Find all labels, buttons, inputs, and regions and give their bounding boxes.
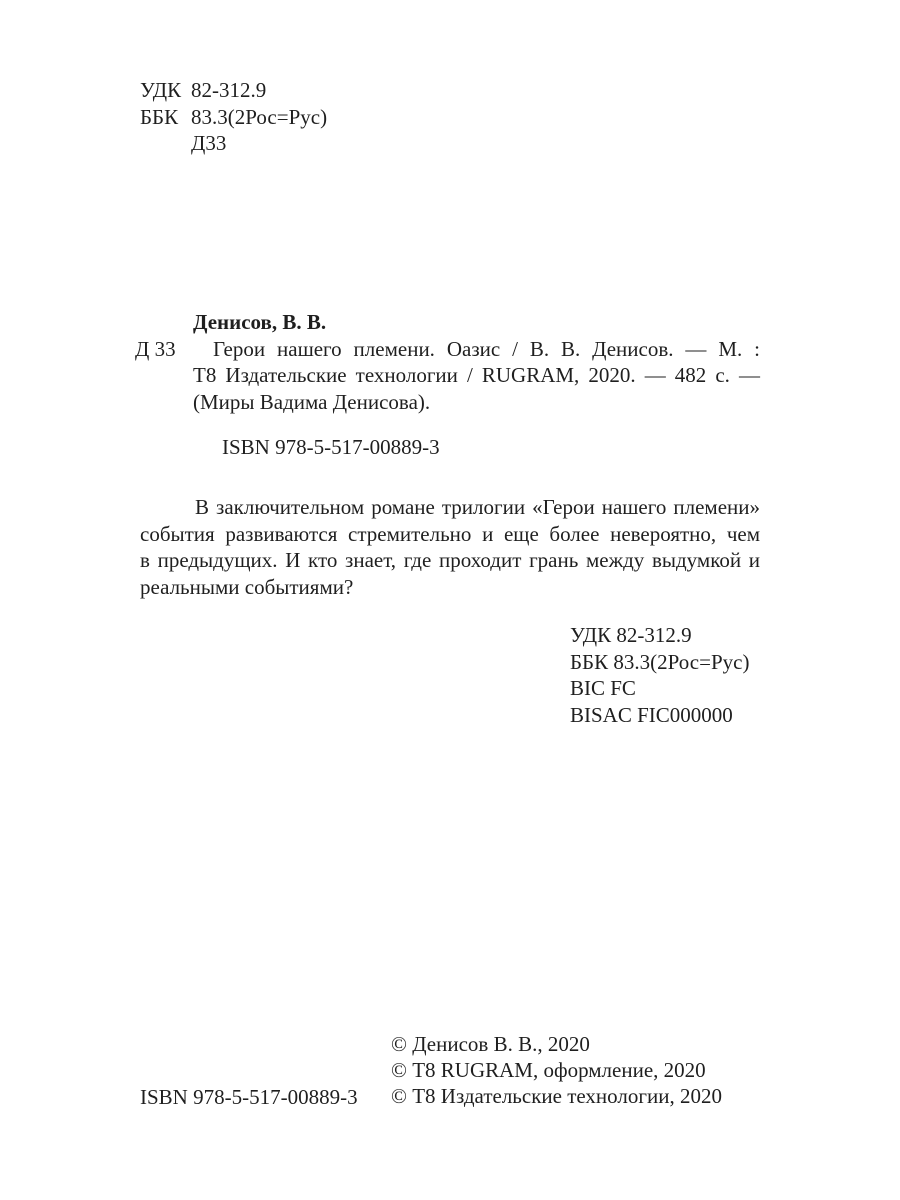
annotation-paragraph: В заключительном романе трилогии «Герои … — [140, 494, 760, 600]
classification-row-author-sign: Д33 — [140, 130, 327, 157]
copyright-block: © Денисов В. В., 2020 © Т8 RUGRAM, оформ… — [391, 1031, 722, 1109]
copyright-line: © Денисов В. В., 2020 — [391, 1031, 722, 1057]
copyright-line: © Т8 Издательские технологии, 2020 — [391, 1083, 722, 1109]
classification-block: УДК 82-312.9 ББК 83.3(2Рос=Рус) Д33 — [140, 77, 327, 157]
code-line-udk: УДК 82-312.9 — [570, 622, 749, 649]
bbk-label: ББК — [140, 104, 191, 131]
catalog-line: Герои нашего племени. Оазис / В. В. Дени… — [193, 336, 760, 363]
udk-label: УДК — [140, 77, 191, 104]
isbn-footer: ISBN 978-5-517-00889-3 — [140, 1084, 358, 1111]
annotation-line: в предыдущих. И кто знает, где проходит … — [140, 547, 760, 574]
classification-row-udk: УДК 82-312.9 — [140, 77, 327, 104]
catalog-card-text: Денисов, В. В. Герои нашего племени. Оаз… — [193, 309, 760, 415]
empty-label — [140, 130, 191, 157]
catalog-line: Т8 Издательские технологии / RUGRAM, 202… — [193, 362, 760, 389]
catalog-card: Д 33 Денисов, В. В. Герои нашего племени… — [135, 309, 760, 415]
code-line-bbk: ББК 83.3(2Рос=Рус) — [570, 649, 749, 676]
annotation-line: В заключительном романе трилогии «Герои … — [140, 494, 760, 521]
catalog-line: (Миры Вадима Денисова). — [193, 389, 760, 416]
bbk-value: 83.3(2Рос=Рус) — [191, 104, 327, 131]
code-line-bic: BIC FC — [570, 675, 749, 702]
classification-row-bbk: ББК 83.3(2Рос=Рус) — [140, 104, 327, 131]
author-sign-value: Д33 — [191, 130, 226, 157]
annotation-line: события развиваются стремительно и еще б… — [140, 521, 760, 548]
copyright-line: © Т8 RUGRAM, оформление, 2020 — [391, 1057, 722, 1083]
catalog-author: Денисов, В. В. — [193, 309, 760, 336]
book-imprint-page: УДК 82-312.9 ББК 83.3(2Рос=Рус) Д33 Д 33… — [0, 0, 900, 1200]
catalog-card-number: Д 33 — [135, 336, 176, 363]
annotation-line: реальными событиями? — [140, 574, 760, 601]
isbn-line: ISBN 978-5-517-00889-3 — [222, 434, 440, 461]
udk-value: 82-312.9 — [191, 77, 266, 104]
code-line-bisac: BISAC FIC000000 — [570, 702, 749, 729]
codes-block: УДК 82-312.9 ББК 83.3(2Рос=Рус) BIC FC B… — [570, 622, 749, 728]
